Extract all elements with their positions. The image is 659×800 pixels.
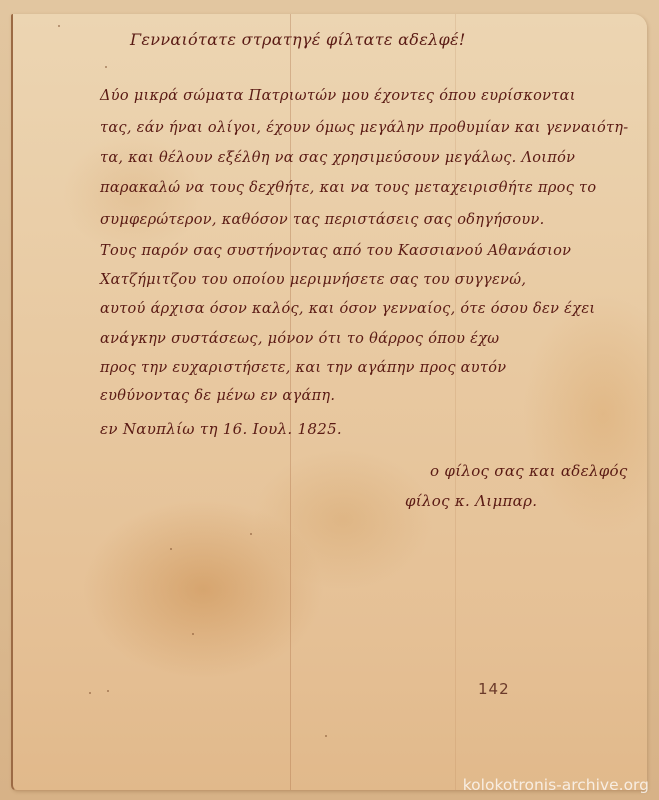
letter-greeting: Γενναιότατε στρατηγέ φίλτατε αδελφέ! <box>130 30 466 49</box>
letter-body-line: προς την ευχαριστήσετε, και την αγάπην π… <box>100 360 506 376</box>
letter-body-line: συμφερώτερον, καθόσον τας περιστάσεις σα… <box>100 212 545 228</box>
letter-body-line: ευθύνοντας δε μένω εν αγάπη. <box>100 388 335 404</box>
letter-body-line: τας, εάν ήναι ολίγοι, έχουν όμως μεγάλην… <box>100 120 629 136</box>
archive-page-number: 142 <box>478 680 510 698</box>
paper-speck <box>325 735 327 737</box>
letter-body-line: Δύο μικρά σώματα Πατριωτών μου έχοντες ό… <box>100 88 576 104</box>
letter-body-line: αυτού άρχισα όσον καλός, και όσον γενναί… <box>100 301 595 317</box>
letter-body-line: παρακαλώ να τους δεχθήτε, και να τους με… <box>100 180 596 196</box>
paper-speck <box>105 66 107 68</box>
letter-body-line: ανάγκην συστάσεως, μόνον ότι το θάρρος ό… <box>100 331 499 347</box>
paper-speck <box>170 548 172 550</box>
paper-speck <box>192 633 194 635</box>
archive-watermark: kolokotronis-archive.org <box>463 776 649 794</box>
letter-signature: φίλος κ. Λιμπαρ. <box>405 492 537 510</box>
paper-speck <box>107 690 109 692</box>
paper-speck <box>58 25 60 27</box>
letter-dateline: εν Ναυπλίω τη 16. Ιουλ. 1825. <box>100 420 342 438</box>
paper-speck <box>89 692 91 694</box>
paper-speck <box>250 533 252 535</box>
letter-closing: ο φίλος σας και αδελφός <box>430 462 628 480</box>
letter-body-line: Χατζήμιτζου του οποίου μεριμνήσετε σας τ… <box>100 272 526 288</box>
letter-body-line: Τους παρόν σας συστήνοντας από του Κασσι… <box>100 243 571 259</box>
letter-body-line: τα, και θέλουν εξέλθη να σας χρησιμεύσου… <box>100 150 575 166</box>
